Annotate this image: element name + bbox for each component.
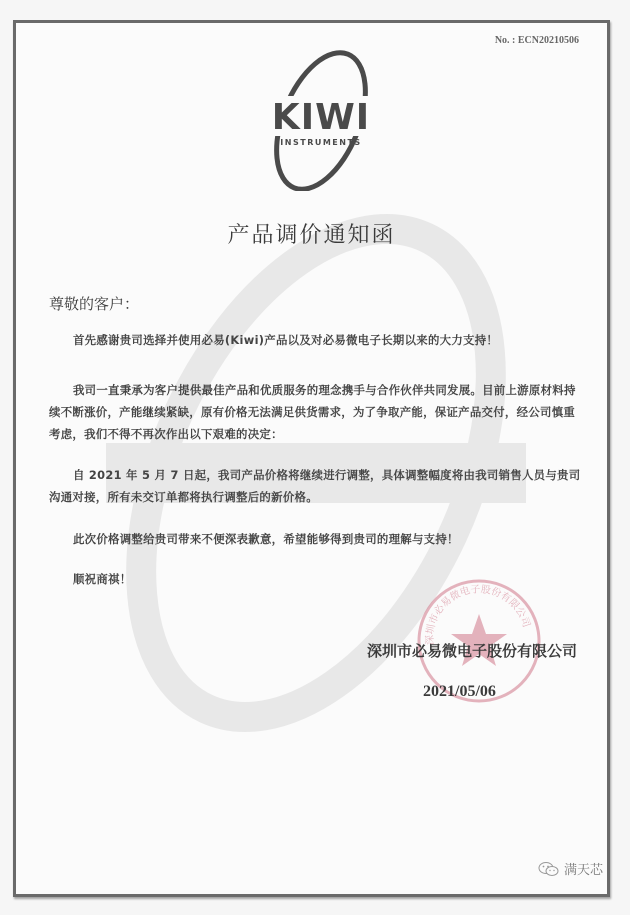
wechat-icon — [538, 861, 560, 877]
document-number: No. : ECN20210506 — [495, 35, 579, 46]
signature-date: 2021/05/06 — [423, 683, 496, 701]
company-signature: 深圳市必易微电子股份有限公司 — [367, 640, 577, 661]
paragraph-background: 我司一直秉承为客户提供最佳产品和优质服务的理念携手与合作伙伴共同发展。目前上游原… — [49, 379, 581, 445]
paragraph-thanks: 首先感谢贵司选择并使用必易(Kiwi)产品以及对必易微电子长期以来的大力支持！ — [49, 329, 581, 351]
salutation: 尊敬的客户： — [49, 293, 139, 314]
paragraph-decision: 自 2021 年 5 月 7 日起，我司产品价格将继续进行调整，具体调整幅度将由… — [49, 464, 581, 508]
paragraph-apology: 此次价格调整给贵司带来不便深表歉意，希望能够得到贵司的理解与支持！ — [49, 528, 581, 550]
document-title: 产品调价通知函 — [16, 218, 607, 249]
logo-brand-text: KIWI — [272, 97, 370, 138]
document-page: No. : ECN20210506 KIWI INSTRUMENTS 产品调价通… — [13, 20, 610, 897]
wechat-account-name: 满天芯 — [564, 859, 603, 878]
wechat-watermark: 满天芯 — [538, 859, 603, 878]
kiwi-instruments-logo-icon: KIWI INSTRUMENTS — [236, 41, 406, 191]
logo-subtitle-text: INSTRUMENTS — [280, 138, 361, 147]
